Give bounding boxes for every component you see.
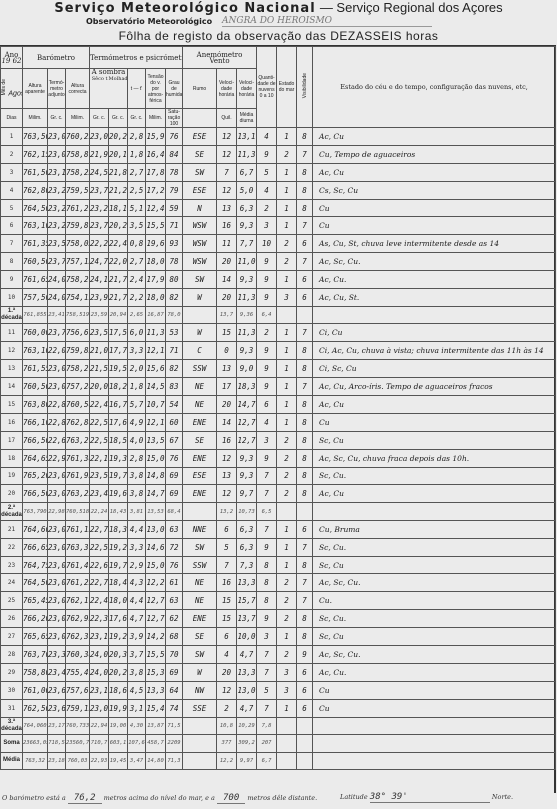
cell-hum: 63 <box>166 592 183 610</box>
summary-blank <box>183 735 217 753</box>
cell-rumo: SW <box>183 271 217 289</box>
summary-alt-c: 758,519 <box>66 306 90 324</box>
day-cell: 24 <box>1 574 23 592</box>
cell-nuv: 9 <box>257 342 277 360</box>
service-header: Serviço Meteorológico Nacional — Serviço… <box>0 0 557 16</box>
cell-rumo: SE <box>183 628 217 646</box>
summary-term: 718,5 <box>48 735 66 753</box>
cell-mar: 2 <box>277 253 297 271</box>
cell-vel: 16 <box>217 217 237 235</box>
anemometer-header: AnemómetroVento <box>183 47 257 69</box>
sea-state-header: Estado do mar <box>277 47 297 128</box>
sky-state-cell: Cu, Tempo de aguaceiros <box>313 145 556 163</box>
cell-molh: 21,2 <box>109 181 128 199</box>
cell-dt: 4,5 <box>128 681 146 699</box>
cell-med: 4,7 <box>237 646 257 664</box>
cell-alt-ap: 762,80 <box>23 181 48 199</box>
table-row: 20766,5023,0763,2223,419,63,814,769ENE12… <box>1 485 556 503</box>
sky-state-cell: As, Cu, St, chuva leve intermitente desd… <box>313 235 556 253</box>
cell-tens: 17,8 <box>146 163 166 181</box>
cell-dt: 2,2 <box>128 289 146 307</box>
cell-dt: 4,9 <box>128 413 146 431</box>
cell-tens: 18,0 <box>146 253 166 271</box>
cell-term: 23,0 <box>48 378 66 396</box>
summary-blank <box>297 503 313 521</box>
sky-state-cell: Sc, Cu <box>313 556 556 574</box>
cell-seco: 21,5 <box>90 360 109 378</box>
cell-vis: 6 <box>297 520 313 538</box>
summary-med: 10,29 <box>237 717 257 735</box>
cell-mar: 2 <box>277 610 297 628</box>
cell-vel: 5 <box>217 538 237 556</box>
cell-term: 22,0 <box>48 342 66 360</box>
day-cell: 7 <box>1 235 23 253</box>
summary-blank <box>183 717 217 735</box>
cell-molh: 20,2 <box>109 663 128 681</box>
cell-alt-c: 763,27 <box>66 431 90 449</box>
shade-header: À sombraSêco tMolhado t' <box>90 69 128 109</box>
cell-hum: 82 <box>166 289 183 307</box>
cell-molh: 18,2 <box>109 378 128 396</box>
table-row: 29758,8023,4755,4924,020,23,815,369W2013… <box>1 663 556 681</box>
cell-seco: 22,7 <box>90 574 109 592</box>
cell-hum: 70 <box>166 646 183 664</box>
cell-term: 23,5 <box>48 235 66 253</box>
cell-mar: 2 <box>277 449 297 467</box>
cell-mar: 2 <box>277 485 297 503</box>
summary-blank <box>297 717 313 735</box>
summary-hum: 71,3 <box>166 752 183 770</box>
sky-state-cell: Cu <box>313 681 556 699</box>
table-row: 13761,5523,0758,2721,519,52,015,682SSW13… <box>1 360 556 378</box>
summary-alt-c: 760,518 <box>66 503 90 521</box>
observation-table: Ano19 62 Barómetro Termómetros e psicróm… <box>0 46 556 770</box>
cell-alt-ap: 762,50 <box>23 699 48 717</box>
cell-alt-c: 758,23 <box>66 163 90 181</box>
table-row: 7761,3523,5758,0322,222,40,819,693WSW117… <box>1 235 556 253</box>
cell-alt-c: 758,03 <box>66 235 90 253</box>
cell-nuv: 9 <box>257 360 277 378</box>
cell-vis: 8 <box>297 395 313 413</box>
unit-grc: Gr. c. <box>128 109 146 128</box>
cell-molh: 18,5 <box>109 431 128 449</box>
cell-tens: 15,0 <box>146 449 166 467</box>
sky-state-header: Estado do céu e do tempo, configuração d… <box>313 47 556 128</box>
summary-term: 23,41 <box>48 306 66 324</box>
table-row: 23764,7523,0761,4722,619,72,915,076SSW77… <box>1 556 556 574</box>
cell-med: 14,7 <box>237 395 257 413</box>
cell-alt-ap: 766,20 <box>23 610 48 628</box>
service-national: Serviço Meteorológico Nacional <box>54 1 315 16</box>
summary-med: 10,73 <box>237 503 257 521</box>
cell-med: 6,3 <box>237 199 257 217</box>
day-cell: 14 <box>1 378 23 396</box>
day-cell: 16 <box>1 413 23 431</box>
cell-vis: 8 <box>297 342 313 360</box>
cell-alt-c: 759,82 <box>66 342 90 360</box>
cell-alt-c: 760,54 <box>66 395 90 413</box>
summary-term: 23,17 <box>48 717 66 735</box>
cell-hum: 60 <box>166 413 183 431</box>
table-row: 22766,6523,0763,3722,519,23,314,672SW56,… <box>1 538 556 556</box>
sky-state-cell: Ac, Cu, St. <box>313 289 556 307</box>
cell-vel: 11 <box>217 235 237 253</box>
cell-seco: 23,0 <box>90 128 109 146</box>
vapor-tension-header: Tensão do v. por atmos-férica <box>146 69 166 109</box>
service-regional: — Serviço Regional dos Açores <box>320 0 503 15</box>
summary-seco: 22,94 <box>90 717 109 735</box>
cell-molh: 20,2 <box>109 217 128 235</box>
cell-vel: 12 <box>217 449 237 467</box>
table-row: 16766,1022,8762,8422,517,64,912,160ENE14… <box>1 413 556 431</box>
summary-tens: 458,7 <box>146 735 166 753</box>
cell-hum: 78 <box>166 163 183 181</box>
cell-hum: 62 <box>166 610 183 628</box>
summary-tens: 13,87 <box>146 717 166 735</box>
cell-molh: 22,4 <box>109 235 128 253</box>
cell-mar: 2 <box>277 646 297 664</box>
cell-dt: 2,0 <box>128 360 146 378</box>
cell-tens: 12,4 <box>146 199 166 217</box>
summary-blank <box>313 735 556 753</box>
cell-seco: 23,7 <box>90 217 109 235</box>
cell-nuv: 2 <box>257 324 277 342</box>
cell-hum: 71 <box>166 217 183 235</box>
cell-rumo: SE <box>183 145 217 163</box>
table-row: 6763,1023,2759,8023,720,23,515,571WSW169… <box>1 217 556 235</box>
summary-med: 9,36 <box>237 306 257 324</box>
cell-seco: 22,4 <box>90 592 109 610</box>
summary-med: 9,97 <box>237 752 257 770</box>
cell-nuv: 7 <box>257 467 277 485</box>
cell-nuv: 4 <box>257 128 277 146</box>
cell-molh: 19,3 <box>109 449 128 467</box>
cell-vel: 6 <box>217 520 237 538</box>
cell-rumo: SW <box>183 538 217 556</box>
cell-molh: 21,7 <box>109 271 128 289</box>
summary-dt: 4,30 <box>128 717 146 735</box>
barometer-note: O barómetro está a 76,2 metros acima do … <box>2 793 317 804</box>
day-cell: 27 <box>1 628 23 646</box>
cell-alt-c: 761,12 <box>66 520 90 538</box>
cell-alt-c: 761,20 <box>66 199 90 217</box>
cell-hum: 74 <box>166 699 183 717</box>
cell-seco: 24,5 <box>90 163 109 181</box>
summary-label: 3.ª década <box>1 717 23 735</box>
cell-alt-c: 758,27 <box>66 360 90 378</box>
day-cell: 22 <box>1 538 23 556</box>
cell-hum: 69 <box>166 467 183 485</box>
cell-alt-ap: 758,80 <box>23 663 48 681</box>
cell-alt-c: 763,37 <box>66 538 90 556</box>
cell-rumo: WSW <box>183 235 217 253</box>
summary-hum: 78,0 <box>166 306 183 324</box>
cell-tens: 13,0 <box>146 520 166 538</box>
cell-hum: 59 <box>166 199 183 217</box>
cell-molh: 19,5 <box>109 360 128 378</box>
cell-alt-ap: 764,60 <box>23 520 48 538</box>
cell-med: 11,3 <box>237 324 257 342</box>
cell-alt-ap: 761,35 <box>23 235 48 253</box>
cell-nuv: 3 <box>257 431 277 449</box>
cell-med: 12,7 <box>237 413 257 431</box>
sky-state-cell: Ac, Cu. <box>313 271 556 289</box>
cell-vel: 20 <box>217 395 237 413</box>
cell-alt-c: 761,22 <box>66 574 90 592</box>
cell-tens: 12,7 <box>146 592 166 610</box>
cell-hum: 68 <box>166 628 183 646</box>
cell-molh: 18,0 <box>109 592 128 610</box>
unit-grc: Gr. c. <box>48 109 66 128</box>
cell-med: 6,3 <box>237 538 257 556</box>
cell-mar: 2 <box>277 145 297 163</box>
sky-state-cell: Cu <box>313 199 556 217</box>
cell-med: 9,3 <box>237 342 257 360</box>
cell-alt-c: 761,38 <box>66 449 90 467</box>
cell-vel: 12 <box>217 128 237 146</box>
cell-hum: 67 <box>166 431 183 449</box>
cell-molh: 20,3 <box>109 646 128 664</box>
cell-dt: 2,4 <box>128 271 146 289</box>
year-header: Ano19 62 <box>1 47 23 69</box>
cell-alt-ap: 764,65 <box>23 449 48 467</box>
cell-tens: 13,3 <box>146 681 166 699</box>
cell-nuv: 9 <box>257 610 277 628</box>
cell-vel: 15 <box>217 610 237 628</box>
cell-molh: 17,6 <box>109 413 128 431</box>
cell-vel: 17 <box>217 378 237 396</box>
table-row: 1763,5023,0760,2223,020,22,815,976ESE121… <box>1 128 556 146</box>
sky-state-cell: Cu, Bruma <box>313 520 556 538</box>
cell-med: 6,7 <box>237 163 257 181</box>
day-cell: 30 <box>1 681 23 699</box>
cell-alt-ap: 757,50 <box>23 289 48 307</box>
cell-alt-ap: 760,00 <box>23 324 48 342</box>
cell-tens: 18,0 <box>146 289 166 307</box>
cell-rumo: WSW <box>183 217 217 235</box>
unit-milim: Milim. <box>23 109 48 128</box>
cell-hum: 84 <box>166 145 183 163</box>
cell-seco: 24,7 <box>90 253 109 271</box>
cell-dt: 1,8 <box>128 378 146 396</box>
cell-molh: 21,8 <box>109 163 128 181</box>
cell-alt-ap: 765,65 <box>23 628 48 646</box>
cell-hum: 61 <box>166 574 183 592</box>
summary-alt-c: 760,733 <box>66 717 90 735</box>
cell-mar: 1 <box>277 538 297 556</box>
summary-alt-ap: 764,060 <box>23 717 48 735</box>
cell-alt-c: 757,24 <box>66 378 90 396</box>
sky-state-cell: Ac, Sc, Cu. <box>313 253 556 271</box>
cell-med: 9,3 <box>237 467 257 485</box>
cell-med: 6,3 <box>237 520 257 538</box>
cell-molh: 16,7 <box>109 395 128 413</box>
cell-tens: 19,6 <box>146 235 166 253</box>
cell-tens: 15,5 <box>146 646 166 664</box>
cell-rumo: WSW <box>183 253 217 271</box>
cell-rumo: W <box>183 324 217 342</box>
day-cell: 1 <box>1 128 23 146</box>
cell-hum: 64 <box>166 681 183 699</box>
cell-term: 22,6 <box>48 431 66 449</box>
cell-mar: 1 <box>277 628 297 646</box>
cell-hum: 79 <box>166 181 183 199</box>
cell-alt-c: 762,84 <box>66 413 90 431</box>
day-cell: 5 <box>1 199 23 217</box>
cell-alt-ap: 761,55 <box>23 360 48 378</box>
cell-seco: 22,1 <box>90 449 109 467</box>
cell-rumo: ENE <box>183 485 217 503</box>
cell-nuv: 9 <box>257 145 277 163</box>
cell-vis: 6 <box>297 289 313 307</box>
table-row: 15763,8022,8760,5422,416,75,710,754NE201… <box>1 395 556 413</box>
cell-term: 23,0 <box>48 538 66 556</box>
cell-nuv: 9 <box>257 271 277 289</box>
cell-nuv: 9 <box>257 538 277 556</box>
cell-vel: 20 <box>217 663 237 681</box>
cell-rumo: W <box>183 289 217 307</box>
cell-alt-c: 755,49 <box>66 663 90 681</box>
cell-dt: 3,3 <box>128 342 146 360</box>
summary-vel: 13,2 <box>217 503 237 521</box>
cell-vel: 16 <box>217 431 237 449</box>
unit-grc: Gr. c. <box>90 109 109 128</box>
cell-molh: 22,0 <box>109 253 128 271</box>
unit-milim: Milim. <box>146 109 166 128</box>
cell-seco: 22,5 <box>90 431 109 449</box>
cell-mar: 1 <box>277 520 297 538</box>
cell-seco: 22,7 <box>90 520 109 538</box>
day-cell: 20 <box>1 485 23 503</box>
table-row: 8760,5023,7757,1324,722,02,718,078WSW201… <box>1 253 556 271</box>
cell-seco: 22,4 <box>90 395 109 413</box>
unit-milim: Milim. <box>66 109 90 128</box>
cell-term: 23,4 <box>48 663 66 681</box>
summary-blank <box>183 503 217 521</box>
table-row: 30761,0023,6757,6723,118,64,513,364NW121… <box>1 681 556 699</box>
cell-nuv: 7 <box>257 663 277 681</box>
cell-term: 23,2 <box>48 181 66 199</box>
unit-blank <box>183 109 217 128</box>
cell-alt-ap: 764,75 <box>23 556 48 574</box>
cell-vel: 12 <box>217 681 237 699</box>
cell-alt-ap: 766,50 <box>23 485 48 503</box>
cell-alt-ap: 760,50 <box>23 253 48 271</box>
cell-seco: 23,1 <box>90 681 109 699</box>
summary-row: Soma23663,05718,523560,70710,7603,1107,6… <box>1 735 556 753</box>
cell-term: 23,7 <box>48 324 66 342</box>
cell-rumo: NE <box>183 592 217 610</box>
cell-molh: 20,2 <box>109 128 128 146</box>
table-row: 12763,1022,0759,8221,017,73,312,171C09,3… <box>1 342 556 360</box>
clouds-header: Quanti-dade de nuvens 0 a 10 <box>257 47 277 128</box>
summary-dt: 107,6 <box>128 735 146 753</box>
cell-vis: 8 <box>297 556 313 574</box>
day-cell: 28 <box>1 646 23 664</box>
cell-alt-c: 759,50 <box>66 181 90 199</box>
cell-term: 23,3 <box>48 646 66 664</box>
cell-rumo: ESE <box>183 181 217 199</box>
mean-speed-header: Veloci-dade horária <box>237 69 257 109</box>
cell-tens: 17,2 <box>146 181 166 199</box>
cell-rumo: NW <box>183 681 217 699</box>
cell-seco: 23,4 <box>90 485 109 503</box>
cell-alt-c: 757,67 <box>66 681 90 699</box>
summary-blank <box>297 752 313 770</box>
summary-vel: 10,8 <box>217 717 237 735</box>
table-row: 9761,6524,0758,2724,121,72,417,980SW149,… <box>1 271 556 289</box>
cell-tens: 13,5 <box>146 431 166 449</box>
sky-state-cell: Cu <box>313 699 556 717</box>
cell-hum: 76 <box>166 128 183 146</box>
cell-vis: 6 <box>297 235 313 253</box>
sky-state-cell: Sc, Cu <box>313 628 556 646</box>
summary-seco: 22,24 <box>90 503 109 521</box>
summary-label: 1.ª década <box>1 306 23 324</box>
cell-nuv: 4 <box>257 181 277 199</box>
cell-molh: 17,6 <box>109 610 128 628</box>
summary-molh: 18,43 <box>109 503 128 521</box>
sky-state-cell: Ac, Cu, Arco-íris. Tempo de aguaceiros f… <box>313 378 556 396</box>
cell-dt: 0,8 <box>128 235 146 253</box>
cell-mar: 1 <box>277 271 297 289</box>
summary-nuv: 6,7 <box>257 752 277 770</box>
corrected-height-header: Altura correcta <box>66 69 90 109</box>
cell-med: 7,7 <box>237 235 257 253</box>
cell-molh: 17,5 <box>109 324 128 342</box>
summary-row: 1.ª década761,85523,41758,51923,5920,942… <box>1 306 556 324</box>
summary-blank <box>183 752 217 770</box>
table-row: 28763,7023,3760,3824,020,33,715,570SW44,… <box>1 646 556 664</box>
cell-mar: 1 <box>277 378 297 396</box>
summary-alt-ap: 763,790 <box>23 503 48 521</box>
summary-molh: 19,00 <box>109 717 128 735</box>
cell-hum: 69 <box>166 485 183 503</box>
cell-term: 23,2 <box>48 217 66 235</box>
sky-state-cell: Cu <box>313 413 556 431</box>
summary-nuv: 207 <box>257 735 277 753</box>
sky-state-cell: Ci, Cu <box>313 324 556 342</box>
cell-tens: 15,4 <box>146 699 166 717</box>
cell-rumo: NNE <box>183 520 217 538</box>
cell-alt-c: 762,17 <box>66 592 90 610</box>
cell-vel: 0 <box>217 342 237 360</box>
cell-nuv: 7 <box>257 520 277 538</box>
cell-mar: 1 <box>277 360 297 378</box>
summary-nuv: 6,4 <box>257 306 277 324</box>
cell-tens: 14,2 <box>146 628 166 646</box>
cell-hum: 72 <box>166 538 183 556</box>
cell-mar: 2 <box>277 431 297 449</box>
cell-term: 22,8 <box>48 413 66 431</box>
day-cell: 11 <box>1 324 23 342</box>
cell-hum: 93 <box>166 235 183 253</box>
cell-med: 9,0 <box>237 360 257 378</box>
cell-alt-c: 754,12 <box>66 289 90 307</box>
day-cell: 13 <box>1 360 23 378</box>
cell-vis: 8 <box>297 628 313 646</box>
summary-blank <box>297 306 313 324</box>
cell-vel: 15 <box>217 592 237 610</box>
summary-label: Média <box>1 752 23 770</box>
cell-mar: 3 <box>277 289 297 307</box>
cell-med: 11,3 <box>237 145 257 163</box>
summary-nuv: 7,8 <box>257 717 277 735</box>
cell-seco: 23,5 <box>90 467 109 485</box>
cell-dt: 2,8 <box>128 449 146 467</box>
cell-vis: 7 <box>297 538 313 556</box>
cell-term: 23,6 <box>48 681 66 699</box>
